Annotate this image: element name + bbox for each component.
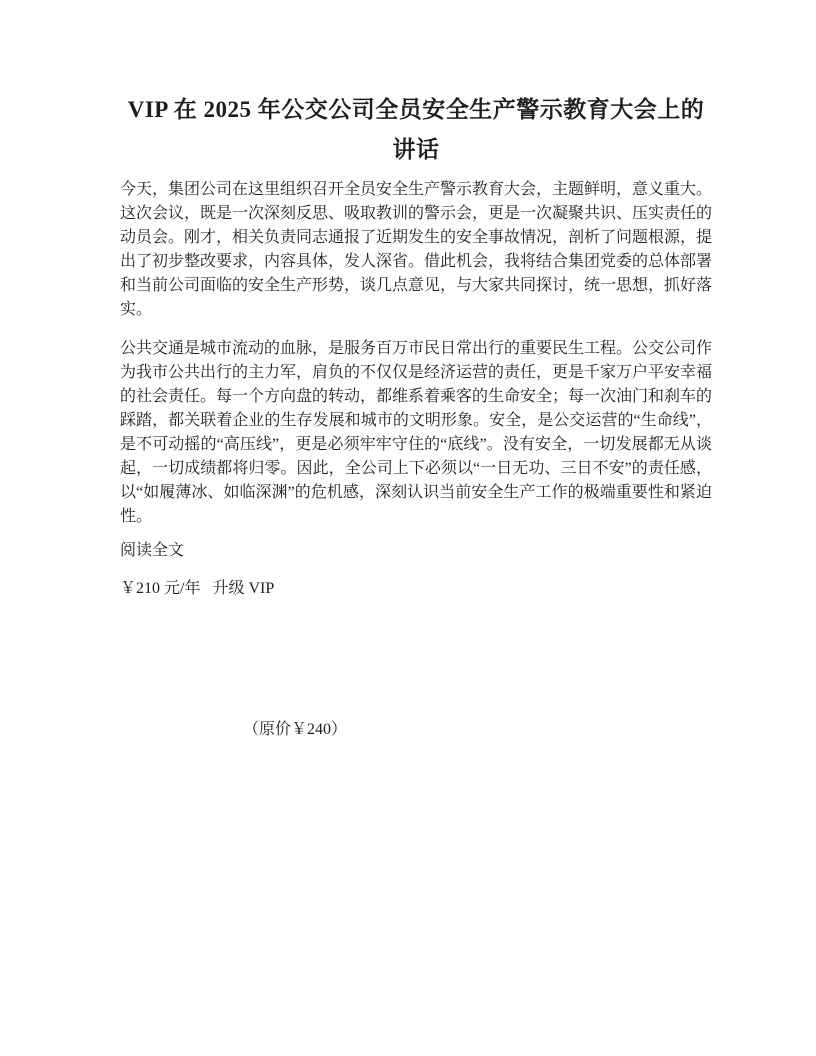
original-price-note: （原价￥240）: [243, 718, 712, 742]
price-label: ￥210 元/年: [120, 580, 200, 597]
document-page: VIP 在 2025 年公交公司全员安全生产警示教育大会上的讲话 今天，集团公司…: [0, 0, 816, 1056]
paragraph-body: 公共交通是城市流动的血脉，是服务百万市民日常出行的重要民生工程。公交公司作为我市…: [120, 337, 712, 529]
paragraph-intro: 今天，集团公司在这里组织召开全员安全生产警示教育大会，主题鲜明，意义重大。这次会…: [120, 178, 712, 322]
read-more-line: 阅读全文: [120, 539, 712, 563]
upgrade-vip-link[interactable]: 升级 VIP: [212, 580, 274, 597]
vip-price-line: ￥210 元/年升级 VIP: [120, 577, 712, 601]
document-title: VIP 在 2025 年公交公司全员安全生产警示教育大会上的讲话: [120, 90, 712, 170]
read-full-text-link[interactable]: 阅读全文: [120, 542, 184, 559]
